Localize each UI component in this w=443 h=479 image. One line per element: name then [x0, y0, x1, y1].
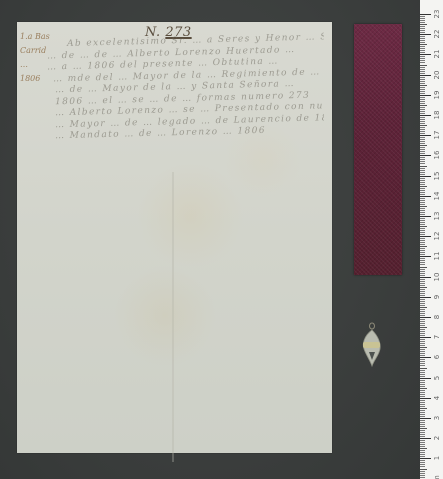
ruler-tick	[420, 434, 425, 435]
ruler-tick	[420, 75, 431, 76]
ruler-tick	[420, 376, 425, 377]
ruler-tick	[420, 404, 425, 405]
ruler-tick	[420, 166, 427, 167]
ruler-label: 17	[433, 130, 441, 140]
paper-fold-crease	[172, 172, 174, 462]
ruler-tick	[420, 448, 427, 449]
seal-pendant-icon	[360, 322, 382, 368]
ruler-tick	[420, 275, 425, 276]
ruler-tick	[420, 18, 425, 19]
ruler-label: 18	[433, 110, 441, 120]
ruler-tick	[420, 224, 425, 225]
ruler-tick	[420, 16, 425, 17]
ruler-tick	[420, 341, 425, 342]
ruler-tick	[420, 248, 425, 249]
ruler-label: 11	[433, 251, 441, 261]
ruler-tick	[420, 458, 431, 459]
ruler-tick	[420, 236, 431, 237]
ruler-tick	[420, 71, 425, 72]
ruler-tick	[420, 392, 425, 393]
ruler-tick	[420, 121, 425, 122]
ruler-tick	[420, 357, 431, 358]
ruler-tick	[420, 137, 425, 138]
ruler-tick	[420, 192, 425, 193]
ruler-tick	[420, 54, 431, 55]
ruler-tick	[420, 99, 425, 100]
ruler-tick	[420, 155, 431, 156]
ruler-tick	[420, 208, 425, 209]
ruler-tick	[420, 79, 425, 80]
ruler-tick	[420, 258, 425, 259]
ruler-tick	[420, 333, 425, 334]
ruler-tick	[420, 34, 431, 35]
ruler-tick	[420, 188, 425, 189]
ruler-tick	[420, 157, 425, 158]
ruler-tick	[420, 254, 425, 255]
ruler-tick	[420, 149, 425, 150]
ruler-tick	[420, 335, 425, 336]
ruler-label: 8	[433, 312, 441, 322]
measurement-ruler: 2322212019181716151413121110987654321cm	[420, 0, 443, 479]
ruler-tick	[420, 267, 427, 268]
ruler-tick	[420, 67, 425, 68]
ruler-label: 12	[433, 231, 441, 241]
ruler-tick	[420, 184, 425, 185]
ruler-tick	[420, 440, 425, 441]
ruler-tick	[420, 410, 425, 411]
ruler-tick	[420, 363, 425, 364]
ruler-tick	[420, 271, 425, 272]
ruler-tick	[420, 281, 425, 282]
ruler-tick	[420, 244, 425, 245]
ruler-tick	[420, 103, 425, 104]
ruler-tick	[420, 65, 427, 66]
handwritten-text: Ab excelentisimo Sr. … a Seres y Henor ……	[39, 36, 324, 140]
ruler-tick	[420, 394, 425, 395]
ruler-tick	[420, 264, 425, 265]
ruler-tick	[420, 473, 425, 474]
ruler-tick	[420, 406, 425, 407]
ruler-tick	[420, 14, 431, 15]
ruler-tick	[420, 115, 431, 116]
ruler-tick	[420, 107, 425, 108]
ruler-tick	[420, 287, 427, 288]
ruler-tick	[420, 228, 425, 229]
ruler-label: 9	[433, 292, 441, 302]
ruler-tick	[420, 105, 427, 106]
ruler-tick	[420, 321, 425, 322]
ruler-tick	[420, 26, 425, 27]
ruler-tick	[420, 359, 425, 360]
ruler-tick	[420, 436, 425, 437]
ruler-tick	[420, 139, 425, 140]
ruler-label: 20	[433, 70, 441, 80]
ruler-tick	[420, 220, 425, 221]
ruler-label: 3	[433, 413, 441, 423]
ruler-tick	[420, 398, 431, 399]
ruler-tick	[420, 273, 425, 274]
ruler-tick	[420, 430, 425, 431]
ruler-tick	[420, 36, 425, 37]
ruler-tick	[420, 442, 425, 443]
ruler-label: 19	[433, 90, 441, 100]
ruler-tick	[420, 325, 425, 326]
ruler-tick	[420, 73, 425, 74]
ruler-tick	[420, 291, 425, 292]
ruler-tick	[420, 133, 425, 134]
ruler-label: 4	[433, 393, 441, 403]
ruler-tick	[420, 38, 425, 39]
ruler-tick	[420, 230, 425, 231]
ruler-tick	[420, 252, 425, 253]
ruler-tick	[420, 28, 425, 29]
ruler-tick	[420, 200, 425, 201]
ruler-tick	[420, 390, 425, 391]
ruler-label: 21	[433, 49, 441, 59]
ruler-tick	[420, 62, 425, 63]
ruler-tick	[420, 378, 431, 379]
ruler-tick	[420, 242, 425, 243]
ruler-label: 13	[433, 211, 441, 221]
ruler-tick	[420, 190, 425, 191]
ruler-tick	[420, 343, 425, 344]
ruler-tick	[420, 299, 425, 300]
ruler-tick	[420, 204, 425, 205]
ruler-tick	[420, 422, 425, 423]
ruler-tick	[420, 301, 425, 302]
ruler-tick	[420, 22, 425, 23]
ruler-label: 2	[433, 433, 441, 443]
ruler-tick	[420, 168, 425, 169]
ruler-tick	[420, 95, 431, 96]
ruler-tick	[420, 113, 425, 114]
ruler-tick	[420, 260, 425, 261]
ruler-tick	[420, 50, 425, 51]
ruler-tick	[420, 109, 425, 110]
ruler-tick	[420, 135, 431, 136]
ruler-tick	[420, 83, 425, 84]
ruler-tick	[420, 30, 425, 31]
ruler-tick	[420, 218, 425, 219]
ruler-tick	[420, 365, 425, 366]
ruler-tick	[420, 452, 425, 453]
ruler-tick	[420, 456, 425, 457]
ruler-tick	[420, 279, 425, 280]
ruler-tick	[420, 153, 425, 154]
ruler-label: 14	[433, 191, 441, 201]
ruler-tick	[420, 77, 425, 78]
ruler-label: 22	[433, 29, 441, 39]
ruler-tick	[420, 194, 425, 195]
ruler-tick	[420, 216, 431, 217]
ruler-label: 16	[433, 150, 441, 160]
ruler-tick	[420, 97, 425, 98]
ruler-tick	[420, 293, 425, 294]
ruler-tick	[420, 313, 425, 314]
ruler-tick	[420, 353, 425, 354]
ruler-tick	[420, 20, 425, 21]
ruler-tick	[420, 386, 425, 387]
ruler-tick	[420, 309, 425, 310]
ruler-tick	[420, 85, 427, 86]
ruler-tick	[420, 262, 425, 263]
ruler-tick	[420, 89, 425, 90]
ruler-tick	[420, 464, 425, 465]
ruler-tick	[420, 331, 425, 332]
ruler-tick	[420, 174, 425, 175]
ruler-tick	[420, 145, 427, 146]
ruler-tick	[420, 462, 425, 463]
ruler-tick	[420, 127, 425, 128]
ruler-tick	[420, 460, 425, 461]
ruler-tick	[420, 361, 425, 362]
ruler-tick	[420, 129, 425, 130]
ruler-tick	[420, 382, 425, 383]
ruler-tick	[420, 283, 425, 284]
ruler-tick	[420, 111, 425, 112]
ruler-tick	[420, 469, 427, 470]
ruler-tick	[420, 400, 425, 401]
ruler-tick	[420, 327, 427, 328]
ruler-tick	[420, 58, 425, 59]
ruler-tick	[420, 285, 425, 286]
ruler-tick	[420, 234, 425, 235]
ruler-tick	[420, 269, 425, 270]
ruler-tick	[420, 420, 425, 421]
ruler-tick	[420, 414, 425, 415]
ruler-tick	[420, 125, 427, 126]
ruler-tick	[420, 408, 427, 409]
ruler-tick	[420, 277, 431, 278]
ruler-tick	[420, 475, 425, 476]
ruler-tick	[420, 202, 425, 203]
ruler-tick	[420, 24, 427, 25]
ruler-tick	[420, 180, 425, 181]
ruler-tick	[420, 471, 425, 472]
ruler-tick	[420, 214, 425, 215]
ruler-tick	[420, 424, 425, 425]
ruler-tick	[420, 123, 425, 124]
ruler-tick	[420, 178, 425, 179]
ruler-tick	[420, 246, 427, 247]
ruler-tick	[420, 172, 425, 173]
ruler-tick	[420, 345, 425, 346]
ruler-tick	[420, 119, 425, 120]
ruler-tick	[420, 232, 425, 233]
ruler-label: 1	[433, 453, 441, 463]
ruler-tick	[420, 32, 425, 33]
ruler-tick	[420, 186, 427, 187]
ruler-tick	[420, 256, 431, 257]
ruler-tick	[420, 44, 427, 45]
ruler-tick	[420, 81, 425, 82]
ruler-tick	[420, 143, 425, 144]
ruler-tick	[420, 182, 425, 183]
ruler-label: 15	[433, 171, 441, 181]
ruler-tick	[420, 297, 431, 298]
ruler-tick	[420, 374, 425, 375]
ruler-tick	[420, 141, 425, 142]
ruler-tick	[420, 69, 425, 70]
ruler-tick	[420, 317, 431, 318]
ruler-tick	[420, 347, 427, 348]
ruler-tick	[420, 402, 425, 403]
ruler-tick	[420, 388, 427, 389]
ruler-tick	[420, 418, 431, 419]
ruler-tick	[420, 432, 425, 433]
ruler-tick	[420, 289, 425, 290]
ruler-tick	[420, 238, 425, 239]
ruler-tick	[420, 372, 425, 373]
ruler-tick	[420, 161, 425, 162]
ruler-tick	[420, 159, 425, 160]
ruler-tick	[420, 240, 425, 241]
ruler-tick	[420, 412, 425, 413]
ruler-tick	[420, 305, 425, 306]
ruler-tick	[420, 466, 425, 467]
ruler-tick	[420, 368, 427, 369]
ruler-tick	[420, 329, 425, 330]
ruler-tick	[420, 147, 425, 148]
ruler-tick	[420, 438, 431, 439]
ruler-tick	[420, 56, 425, 57]
ruler-tick	[420, 416, 425, 417]
ruler-tick	[420, 303, 425, 304]
ruler-tick	[420, 117, 425, 118]
ruler-label: 7	[433, 332, 441, 342]
ruler-tick	[420, 101, 425, 102]
ruler-tick	[420, 42, 425, 43]
ruler-tick	[420, 40, 425, 41]
ruler-tick	[420, 226, 427, 227]
ruler-tick	[420, 295, 425, 296]
ruler-tick	[420, 151, 425, 152]
manuscript-page: N. 273 1.a Bas Carrid … 1806 Ab excelent…	[17, 22, 332, 453]
ruler-tick	[420, 93, 425, 94]
ruler-tick	[420, 212, 425, 213]
ruler-tick	[420, 444, 425, 445]
ruler-tick	[420, 52, 425, 53]
ruler-tick	[420, 210, 425, 211]
ruler-tick	[420, 319, 425, 320]
ruler-tick	[420, 206, 427, 207]
ruler-tick	[420, 428, 427, 429]
ruler-tick	[420, 163, 425, 164]
ruler-tick	[420, 311, 425, 312]
ruler-label: 6	[433, 352, 441, 362]
ruler-tick	[420, 454, 425, 455]
ruler-tick	[420, 426, 425, 427]
ruler-tick	[420, 222, 425, 223]
ruler-tick	[420, 87, 425, 88]
ruler-label: 23	[433, 9, 441, 19]
ruler-tick	[420, 337, 431, 338]
ruler-tick	[420, 450, 425, 451]
ruler-tick	[420, 380, 425, 381]
ruler-label: 10	[433, 272, 441, 282]
ruler-tick	[420, 355, 425, 356]
ruler-tick	[420, 446, 425, 447]
ruler-tick	[420, 315, 425, 316]
ruler-tick	[420, 349, 425, 350]
ruler-tick	[420, 198, 425, 199]
silk-ribbon	[354, 24, 402, 275]
ruler-tick	[420, 131, 425, 132]
ruler-tick	[420, 46, 425, 47]
ruler-tick	[420, 60, 425, 61]
ruler-tick	[420, 370, 425, 371]
ruler-unit-label: cm	[433, 476, 441, 479]
ruler-tick	[420, 176, 431, 177]
ruler-tick	[420, 477, 425, 478]
ruler-tick	[420, 48, 425, 49]
ruler-tick	[420, 384, 425, 385]
ruler-tick	[420, 307, 427, 308]
ruler-label: 5	[433, 373, 441, 383]
ruler-tick	[420, 339, 425, 340]
ruler-tick	[420, 91, 425, 92]
ruler-tick	[420, 196, 431, 197]
ruler-tick	[420, 351, 425, 352]
ruler-tick	[420, 323, 425, 324]
ruler-tick	[420, 170, 425, 171]
ruler-tick	[420, 396, 425, 397]
ruler-tick	[420, 250, 425, 251]
